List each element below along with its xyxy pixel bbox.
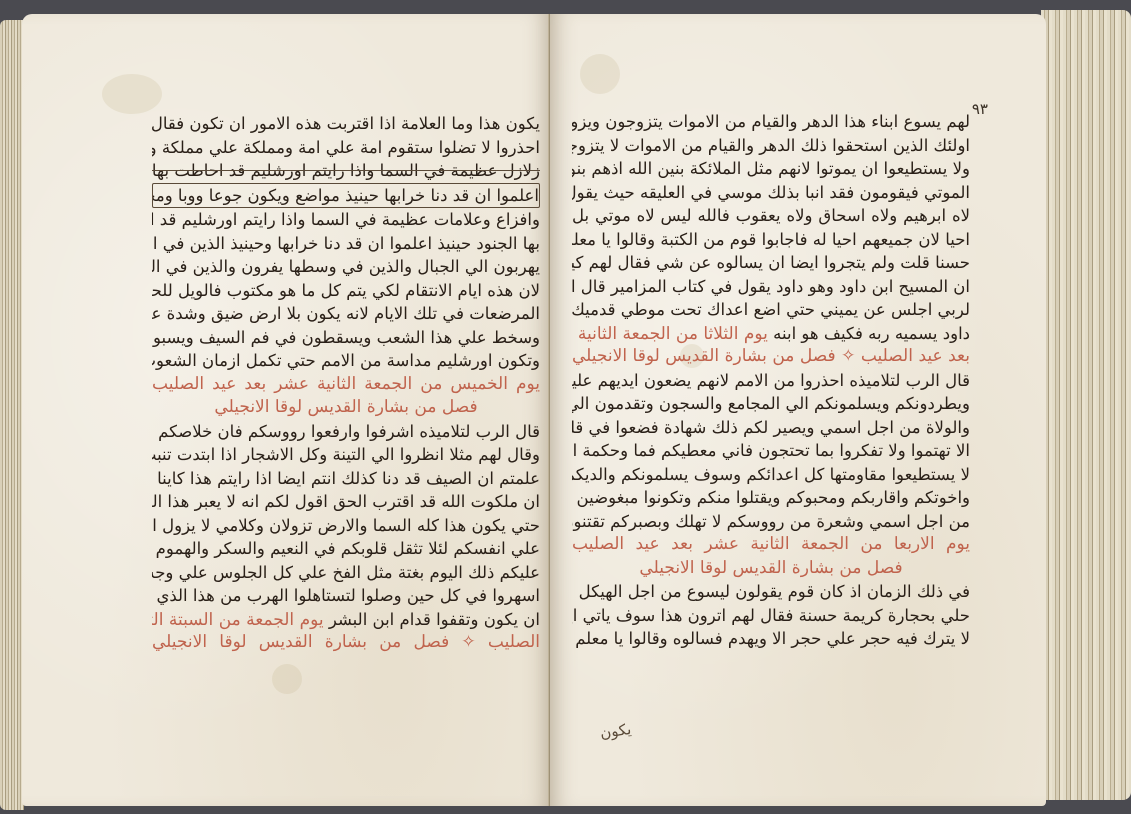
text-line: حسنا قلت ولم يتجروا ايضا ان يسالوه عن شي… [572, 251, 970, 275]
line-text: ويطردونكم ويسلمونكم الي المجامع والسجون … [572, 394, 970, 413]
line-text: في ذلك الزمان اذ كان قوم يقولون ليسوع من… [572, 582, 970, 601]
text-line: لهم يسوع ابناء هذا الدهر والقيام من الام… [572, 110, 970, 134]
text-line: اولئك الذين استحقوا ذلك الدهر والقيام من… [572, 134, 970, 158]
left-page: يكون هذا وما العلامة اذا اقتربت هذه الام… [22, 14, 550, 806]
left-text-block: يكون هذا وما العلامة اذا اقتربت هذه الام… [152, 112, 540, 655]
text-line: وقال لهم مثلا انظروا الي التينة وكل الاش… [152, 443, 540, 467]
line-text: من اجل اسمي وشعرة من رووسكم لا تهلك وبصب… [572, 512, 970, 531]
text-line: وتكون اورشليم مداسة من الامم حتي تكمل از… [152, 349, 540, 373]
paper-stain [272, 664, 302, 694]
text-line: علي انفسكم لئلا تثقل قلوبكم في النعيم وا… [152, 537, 540, 561]
text-line: لا يترك فيه حجر علي حجر الا ويهدم فسالوه… [572, 627, 970, 651]
line-text: وافزاع وعلامات عظيمة في السما واذا رايتم… [152, 210, 540, 229]
text-line: بها الجنود حينيذ اعلموا ان قد دنا خرابها… [152, 232, 540, 256]
text-line: لربي اجلس عن يميني حتي اضع اعداك تحت موط… [572, 298, 970, 322]
line-text: لا يترك فيه حجر علي حجر الا ويهدم فسالوه… [572, 629, 970, 648]
text-line: قال الرب لتلاميذه اشرفوا وارفعوا رووسكم … [152, 420, 540, 444]
line-text: حسنا قلت ولم يتجروا ايضا ان يسالوه عن شي… [572, 253, 970, 272]
text-line: وافزاع وعلامات عظيمة في السما واذا رايتم… [152, 208, 540, 232]
line-text: ان ملكوت الله قد اقترب الحق اقول لكم انه… [152, 492, 540, 511]
line-text: وقال لهم مثلا انظروا الي التينة وكل الاش… [152, 445, 540, 464]
rubric-heading: يوم الثلاثا من الجمعة الثانية عشر [572, 324, 768, 344]
line-text: واخوتكم واقاربكم ومحبوكم ويقتلوا منكم وت… [572, 488, 970, 507]
text-line: علمتم ان الصيف قد دنا كذلك انتم ايضا اذا… [152, 467, 540, 491]
line-text: ولا يستطيعوا ان يموتوا لانهم مثل الملائك… [572, 159, 970, 178]
text-line: حلي بحجارة كريمة حسنة فقال لهم اترون هذا… [572, 604, 970, 628]
line-text: يهربون الي الجبال والذين في وسطها يفرون … [152, 257, 540, 276]
line-text: لاه ابرهيم ولاه اسحاق ولاه يعقوب فالله ل… [572, 206, 970, 225]
line-text: لهم يسوع ابناء هذا الدهر والقيام من الام… [572, 112, 970, 131]
text-line: لا يستطيعوا مقاومتها كل اعدائكم وسوف يسل… [572, 463, 970, 487]
line-text: المرضعات في تلك الايام لانه يكون بلا ارض… [152, 304, 540, 323]
text-line: المرضعات في تلك الايام لانه يكون بلا ارض… [152, 302, 540, 326]
text-line: ان المسيح ابن داود وهو داود يقول في كتاب… [572, 275, 970, 299]
catchword: يكون [599, 720, 632, 742]
line-text: الموتي فيقومون فقد انبا بذلك موسي في الع… [572, 183, 970, 202]
line-text: زلازل عظيمة في السما واذا رايتم اورشليم … [152, 161, 540, 180]
line-text: بها الجنود حينيذ اعلموا ان قد دنا خرابها… [152, 234, 540, 253]
rubric-line: الصليب ✧ فصل من بشارة القديس لوقا الانجي… [152, 631, 540, 655]
right-page-block-edge [1041, 10, 1131, 800]
text-line: احذروا لا تضلوا ستقوم امة علي امة ومملكة… [152, 136, 540, 160]
text-line: زلازل عظيمة في السما واذا رايتم اورشليم … [152, 159, 540, 183]
line-text: ان المسيح ابن داود وهو داود يقول في كتاب… [572, 277, 970, 296]
line-text: يوم الخميس من الجمعة الثانية عشر بعد عيد… [152, 374, 540, 394]
text-line: احيا لان جميعهم احيا له فاجابوا قوم من ا… [572, 228, 970, 252]
rubric-heading: يوم الجمعة من السبتة الثانية عشر بعد عيد [152, 610, 324, 630]
text-line: لاه ابرهيم ولاه اسحاق ولاه يعقوب فالله ل… [572, 204, 970, 228]
text-line: يهربون الي الجبال والذين في وسطها يفرون … [152, 255, 540, 279]
line-text: حتي يكون هذا كله السما والارض تزولان وكل… [152, 516, 540, 535]
rubric-line: فصل من بشارة القديس لوقا الانجيلي [152, 396, 540, 420]
line-text: علي انفسكم لئلا تثقل قلوبكم في النعيم وا… [152, 539, 540, 558]
folio-number: ٩٣ [972, 100, 988, 118]
line-text: احيا لان جميعهم احيا له فاجابوا قوم من ا… [572, 230, 970, 249]
text-line: والولاة من اجل اسمي ويصير لكم ذلك شهادة … [572, 416, 970, 440]
line-text: والولاة من اجل اسمي ويصير لكم ذلك شهادة … [572, 418, 970, 437]
line-text: الا تهتموا ولا تفكروا بما تحتجون فاني مع… [572, 441, 970, 460]
rubric-line: بعد عيد الصليب ✧ فصل من بشارة القديس لوق… [572, 345, 970, 369]
line-text: لا يستطيعوا مقاومتها كل اعدائكم وسوف يسل… [572, 465, 970, 484]
text-line: قال الرب لتلاميذه احذروا من الامم لانهم … [572, 369, 970, 393]
paper-stain [580, 54, 620, 94]
line-text: يوم الاربعا من الجمعة الثانية عشر بعد عي… [572, 534, 970, 554]
text-line: عليكم ذلك اليوم بغتة مثل الفخ علي كل الج… [152, 561, 540, 585]
text-line: داود يسميه ربه فكيف هو ابنه يوم الثلاثا … [572, 322, 970, 346]
text-line: ولا يستطيعوا ان يموتوا لانهم مثل الملائك… [572, 157, 970, 181]
text-line: حتي يكون هذا كله السما والارض تزولان وكل… [152, 514, 540, 538]
line-text: يكون هذا وما العلامة اذا اقتربت هذه الام… [152, 114, 540, 133]
text-line: اعلموا ان قد دنا خرابها حينيذ مواضع ويكو… [152, 183, 540, 209]
line-text: اسهروا في كل حين وصلوا لتستاهلوا الهرب م… [152, 586, 540, 605]
open-manuscript: يكون هذا وما العلامة اذا اقتربت هذه الام… [0, 8, 1131, 808]
text-line: ان ملكوت الله قد اقترب الحق اقول لكم انه… [152, 490, 540, 514]
left-page-block-edge [0, 20, 24, 810]
line-text: اولئك الذين استحقوا ذلك الدهر والقيام من… [572, 136, 970, 155]
line-text: بعد عيد الصليب ✧ فصل من بشارة القديس لوق… [572, 346, 970, 366]
text-line: واخوتكم واقاربكم ومحبوكم ويقتلوا منكم وت… [572, 486, 970, 510]
text-line: في ذلك الزمان اذ كان قوم يقولون ليسوع من… [572, 580, 970, 604]
line-text: فصل من بشارة القديس لوقا الانجيلي [214, 397, 477, 417]
text-line: من اجل اسمي وشعرة من رووسكم لا تهلك وبصب… [572, 510, 970, 534]
rubric-line: يوم الخميس من الجمعة الثانية عشر بعد عيد… [152, 373, 540, 397]
line-text: احذروا لا تضلوا ستقوم امة علي امة ومملكة… [152, 138, 540, 157]
text-line: ان يكون وتقفوا قدام ابن البشر يوم الجمعة… [152, 608, 540, 632]
line-text: ان يكون وتقفوا قدام ابن البشر [329, 610, 540, 629]
line-text: قال الرب لتلاميذه اشرفوا وارفعوا رووسكم … [152, 422, 540, 441]
line-text: فصل من بشارة القديس لوقا الانجيلي [639, 558, 902, 578]
rubric-line: فصل من بشارة القديس لوقا الانجيلي [572, 557, 970, 581]
line-text: علمتم ان الصيف قد دنا كذلك انتم ايضا اذا… [152, 469, 540, 488]
text-line: الا تهتموا ولا تفكروا بما تحتجون فاني مع… [572, 439, 970, 463]
text-line: ويطردونكم ويسلمونكم الي المجامع والسجون … [572, 392, 970, 416]
line-text: حلي بحجارة كريمة حسنة فقال لهم اترون هذا… [572, 606, 970, 625]
text-line: اسهروا في كل حين وصلوا لتستاهلوا الهرب م… [152, 584, 540, 608]
line-text: لان هذه ايام الانتقام لكي يتم كل ما هو م… [152, 281, 540, 300]
text-line: الموتي فيقومون فقد انبا بذلك موسي في الع… [572, 181, 970, 205]
line-text: لربي اجلس عن يميني حتي اضع اعداك تحت موط… [572, 300, 970, 319]
line-text: اعلموا ان قد دنا خرابها حينيذ مواضع ويكو… [152, 186, 539, 205]
line-text: قال الرب لتلاميذه احذروا من الامم لانهم … [572, 371, 970, 390]
line-text: وتكون اورشليم مداسة من الامم حتي تكمل از… [152, 351, 540, 370]
right-page: ٩٣ لهم يسوع ابناء هذا الدهر والقيام من ا… [550, 14, 1046, 806]
rubric-line: يوم الاربعا من الجمعة الثانية عشر بعد عي… [572, 533, 970, 557]
text-line: وسخط علي هذا الشعب ويسقطون في فم السيف و… [152, 326, 540, 350]
line-text: الصليب ✧ فصل من بشارة القديس لوقا الانجي… [152, 632, 540, 652]
right-text-block: لهم يسوع ابناء هذا الدهر والقيام من الام… [572, 110, 970, 651]
line-text: وسخط علي هذا الشعب ويسقطون في فم السيف و… [152, 328, 540, 347]
line-text: داود يسميه ربه فكيف هو ابنه [773, 324, 970, 343]
text-line: يكون هذا وما العلامة اذا اقتربت هذه الام… [152, 112, 540, 136]
paper-stain [102, 74, 162, 114]
text-line: لان هذه ايام الانتقام لكي يتم كل ما هو م… [152, 279, 540, 303]
line-text: عليكم ذلك اليوم بغتة مثل الفخ علي كل الج… [152, 563, 540, 582]
